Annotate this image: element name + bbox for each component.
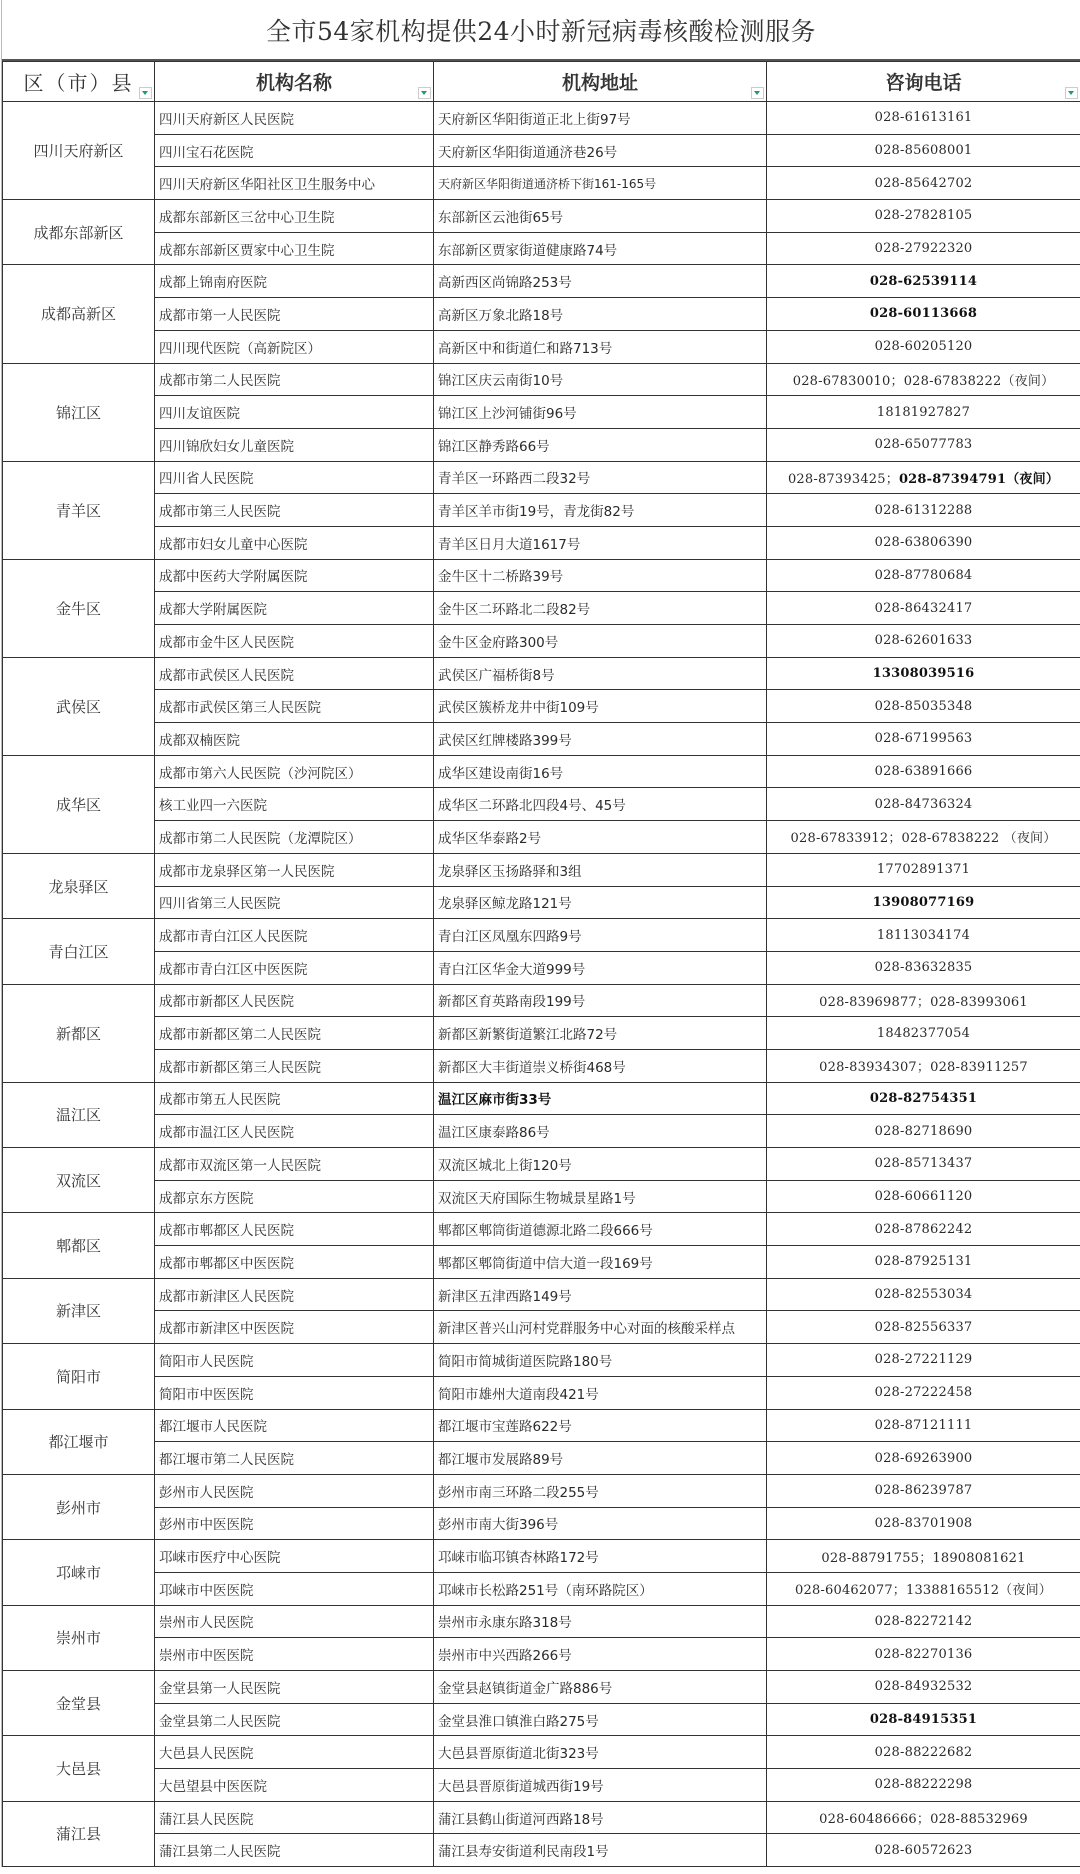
institution-name-cell: 四川友谊医院 [155, 396, 434, 429]
table-row: 成都东部新区贾家中心卫生院东部新区贾家街道健康路74号028-27922320 [3, 232, 1080, 265]
table-row: 双流区成都市双流区第一人民医院双流区城北上街120号028-85713437 [3, 1148, 1080, 1181]
table-row: 成华区成都市第六人民医院（沙河院区）成华区建设南街16号028-63891666 [3, 755, 1080, 788]
header-label: 机构名称 [256, 72, 332, 94]
address-cell: 龙泉驿区鲸龙路121号 [434, 886, 767, 919]
institution-name-cell: 邛崃市中医医院 [155, 1572, 434, 1605]
table-row: 崇州市中医医院崇州市中兴西路266号028-82270136 [3, 1638, 1080, 1671]
table-row: 蒲江县第二人民医院蒲江县寿安街道利民南段1号028-60572623 [3, 1834, 1080, 1867]
header-label: 机构地址 [562, 72, 638, 94]
phone-cell: 028-85608001 [767, 134, 1080, 167]
phone-number: 17702891371 [877, 862, 970, 877]
institution-name-cell: 成都市龙泉驿区第一人民医院 [155, 853, 434, 886]
address-cell: 武侯区红牌楼路399号 [434, 723, 767, 756]
phone-number: 028-87780684 [875, 568, 973, 583]
phone-cell: 17702891371 [767, 853, 1080, 886]
district-cell: 新津区 [3, 1278, 155, 1343]
institution-name-cell: 四川天府新区人民医院 [155, 102, 434, 135]
phone-number: 028-61312288 [875, 503, 973, 518]
institution-name-cell: 蒲江县人民医院 [155, 1801, 434, 1834]
institution-name-cell: 成都市新都区第三人民医院 [155, 1049, 434, 1082]
institution-name-cell: 成都东部新区三岔中心卫生院 [155, 200, 434, 233]
address-cell: 双流区天府国际生物城景星路1号 [434, 1180, 767, 1213]
page-title: 全市54家机构提供24小时新冠病毒核酸检测服务 [2, 0, 1080, 61]
table-row: 四川天府新区四川天府新区人民医院天府新区华阳街道正北上街97号028-61613… [3, 102, 1080, 135]
phone-number: 028-62601633 [875, 633, 973, 648]
table-row: 大邑望县中医医院大邑县晋原街道城西街19号028-88222298 [3, 1769, 1080, 1802]
institution-name-cell: 成都市第一人民医院 [155, 298, 434, 331]
table-row: 简阳市简阳市人民医院简阳市简城街道医院路180号028-27221129 [3, 1344, 1080, 1377]
institution-name-cell: 成都市青白江区中医医院 [155, 951, 434, 984]
institution-name-cell: 都江堰市人民医院 [155, 1409, 434, 1442]
phone-cell: 028-85713437 [767, 1148, 1080, 1181]
phone-number: 028-82553034 [875, 1287, 973, 1302]
table-row: 龙泉驿区成都市龙泉驿区第一人民医院龙泉驿区玉扬路驿和3组17702891371 [3, 853, 1080, 886]
institution-name-cell: 成都市新津区中医医院 [155, 1311, 434, 1344]
phone-number: 028-87121111 [875, 1418, 973, 1433]
phone-cell: 028-83969877；028-83993061 [767, 984, 1080, 1017]
phone-cell: 028-27922320 [767, 232, 1080, 265]
institution-name-cell: 四川天府新区华阳社区卫生服务中心 [155, 167, 434, 200]
phone-number: 028-86239787 [875, 1483, 973, 1498]
institution-name-cell: 成都市郫都区人民医院 [155, 1213, 434, 1246]
phone-number: 028-84932532 [875, 1679, 973, 1694]
institution-name-cell: 金堂县第二人民医院 [155, 1703, 434, 1736]
institution-name-cell: 成都市新都区人民医院 [155, 984, 434, 1017]
phone-number: 028-61613161 [875, 110, 973, 125]
address-cell: 青羊区一环路西二段32号 [434, 461, 767, 494]
address-cell: 龙泉驿区玉扬路驿和3组 [434, 853, 767, 886]
phone-number: 028-82718690 [875, 1124, 973, 1139]
institution-name-cell: 成都东部新区贾家中心卫生院 [155, 232, 434, 265]
institution-name-cell: 四川现代医院（高新院区） [155, 330, 434, 363]
table-row: 核工业四一六医院成华区二环路北四段4号、45号028-84736324 [3, 788, 1080, 821]
phone-number: 13908077169 [873, 895, 975, 910]
institution-name-cell: 成都市武侯区人民医院 [155, 657, 434, 690]
table-row: 成都高新区成都上锦南府医院高新西区尚锦路253号028-62539114 [3, 265, 1080, 298]
table-row: 青羊区四川省人民医院青羊区一环路西二段32号028-87393425；028-8… [3, 461, 1080, 494]
table-row: 彭州市中医医院彭州市南大街396号028-83701908 [3, 1507, 1080, 1540]
table-row: 崇州市崇州市人民医院崇州市永康东路318号028-82272142 [3, 1605, 1080, 1638]
table-row: 四川天府新区华阳社区卫生服务中心天府新区华阳街道通济桥下街161-165号028… [3, 167, 1080, 200]
phone-number: 028-83934307；028-83911257 [819, 1060, 1028, 1075]
phone-cell: 028-86432417 [767, 592, 1080, 625]
phone-number: 028-88222298 [875, 1777, 973, 1792]
institution-name-cell: 四川宝石花医院 [155, 134, 434, 167]
phone-number: 028-85608001 [875, 143, 973, 158]
table-row: 成都市新都区第三人民医院新都区大丰街道崇义桥街468号028-83934307；… [3, 1049, 1080, 1082]
address-cell: 武侯区簇桥龙井中街109号 [434, 690, 767, 723]
phone-cell: 028-63891666 [767, 755, 1080, 788]
phone-number: 028-88791755；18908081621 [821, 1551, 1025, 1566]
table-row: 四川现代医院（高新院区）高新区中和街道仁和路713号028-60205120 [3, 330, 1080, 363]
phone-cell: 028-61312288 [767, 494, 1080, 527]
header-label: 咨询电话 [885, 72, 961, 94]
district-cell: 新都区 [3, 984, 155, 1082]
table-row: 金堂县金堂县第一人民医院金堂县赵镇街道金广路886号028-84932532 [3, 1671, 1080, 1704]
district-cell: 四川天府新区 [3, 102, 155, 200]
table-row: 锦江区成都市第二人民医院锦江区庆云南街10号028-67830010；028-6… [3, 363, 1080, 396]
phone-cell: 028-84932532 [767, 1671, 1080, 1704]
address-cell: 锦江区庆云南街10号 [434, 363, 767, 396]
table-row: 成都市金牛区人民医院金牛区金府路300号028-62601633 [3, 625, 1080, 658]
phone-cell: 028-67199563 [767, 723, 1080, 756]
district-cell: 大邑县 [3, 1736, 155, 1801]
phone-cell: 18113034174 [767, 919, 1080, 952]
institution-name-cell: 成都市双流区第一人民医院 [155, 1148, 434, 1181]
phone-number: 028-65077783 [875, 437, 973, 452]
phone-number: 028-27828105 [875, 208, 973, 223]
phone-cell: 028-84915351 [767, 1703, 1080, 1736]
district-cell: 金堂县 [3, 1671, 155, 1736]
header-row: 区（市）县 机构名称 机构地址 咨询电话 [3, 62, 1080, 102]
address-cell: 简阳市简城街道医院路180号 [434, 1344, 767, 1377]
institution-name-cell: 成都市温江区人民医院 [155, 1115, 434, 1148]
phone-number: 028-84736324 [875, 797, 973, 812]
phone-cell: 028-85035348 [767, 690, 1080, 723]
column-header-phone: 咨询电话 [767, 62, 1080, 102]
table-row: 武侯区成都市武侯区人民医院武侯区广福桥街8号13308039516 [3, 657, 1080, 690]
phone-cell: 028-87925131 [767, 1246, 1080, 1279]
institution-name-cell: 彭州市人民医院 [155, 1474, 434, 1507]
phone-number: 028-27221129 [875, 1352, 973, 1367]
address-cell: 成华区华泰路2号 [434, 821, 767, 854]
district-cell: 锦江区 [3, 363, 155, 461]
phone-cell: 028-83701908 [767, 1507, 1080, 1540]
phone-cell: 18181927827 [767, 396, 1080, 429]
phone-number: 028-63891666 [875, 764, 973, 779]
phone-number: 028-86432417 [875, 601, 973, 616]
institution-name-cell: 成都市妇女儿童中心医院 [155, 526, 434, 559]
institution-name-cell: 崇州市中医医院 [155, 1638, 434, 1671]
table-row: 成都市武侯区第三人民医院武侯区簇桥龙井中街109号028-85035348 [3, 690, 1080, 723]
phone-number: 028-60661120 [875, 1189, 973, 1204]
address-cell: 新都区新繁街道繁江北路72号 [434, 1017, 767, 1050]
filter-dropdown-icon[interactable] [139, 87, 152, 99]
phone-cell: 028-82556337 [767, 1311, 1080, 1344]
phone-cell: 028-88222682 [767, 1736, 1080, 1769]
table-row: 四川锦欣妇女儿童医院锦江区静秀路66号028-65077783 [3, 428, 1080, 461]
phone-number: 028-82556337 [875, 1320, 973, 1335]
table-row: 成都市郫都区中医医院郫都区郫筒街道中信大道一段169号028-87925131 [3, 1246, 1080, 1279]
address-cell: 双流区城北上街120号 [434, 1148, 767, 1181]
institution-name-cell: 简阳市中医医院 [155, 1376, 434, 1409]
institution-name-cell: 大邑望县中医医院 [155, 1769, 434, 1802]
table-row: 蒲江县蒲江县人民医院蒲江县鹤山街道河西路18号028-60486666；028-… [3, 1801, 1080, 1834]
address-cell: 邛崃市长松路251号（南环路院区） [434, 1572, 767, 1605]
phone-cell: 028-60486666；028-88532969 [767, 1801, 1080, 1834]
address-cell: 都江堰市发展路89号 [434, 1442, 767, 1475]
district-cell: 彭州市 [3, 1474, 155, 1539]
table-row: 新津区成都市新津区人民医院新津区五津西路149号028-82553034 [3, 1278, 1080, 1311]
phone-cell: 18482377054 [767, 1017, 1080, 1050]
address-cell: 崇州市永康东路318号 [434, 1605, 767, 1638]
phone-number: 028-82270136 [875, 1647, 973, 1662]
phone-number: 028-27222458 [875, 1385, 973, 1400]
institution-name-cell: 崇州市人民医院 [155, 1605, 434, 1638]
phone-number: 028-83632835 [875, 960, 973, 975]
phone-number: 028-84915351 [870, 1712, 977, 1727]
phone-cell: 028-83632835 [767, 951, 1080, 984]
phone-cell: 13908077169 [767, 886, 1080, 919]
table-row: 邛崃市中医医院邛崃市长松路251号（南环路院区）028-60462077；133… [3, 1572, 1080, 1605]
phone-cell: 028-62539114 [767, 265, 1080, 298]
district-cell: 青白江区 [3, 919, 155, 984]
district-cell: 都江堰市 [3, 1409, 155, 1474]
phone-number: 028-85713437 [875, 1156, 973, 1171]
address-cell: 温江区麻市街33号 [434, 1082, 767, 1115]
table-row: 成都市妇女儿童中心医院青羊区日月大道1617号028-63806390 [3, 526, 1080, 559]
phone-number: 028-67833912；028-67838222 （夜间） [791, 831, 1057, 846]
phone-number: 028-85642702 [875, 176, 973, 191]
phone-cell: 028-86239787 [767, 1474, 1080, 1507]
district-cell: 青羊区 [3, 461, 155, 559]
phone-number: 028-67830010；028-67838222（夜间） [793, 374, 1055, 389]
phone-cell: 028-63806390 [767, 526, 1080, 559]
institution-name-cell: 成都市金牛区人民医院 [155, 625, 434, 658]
phone-cell: 028-65077783 [767, 428, 1080, 461]
address-cell: 青白江区华金大道999号 [434, 951, 767, 984]
phone-number: 18113034174 [877, 928, 970, 943]
table-row: 简阳市中医医院简阳市雄州大道南段421号028-27222458 [3, 1376, 1080, 1409]
district-cell: 邛崃市 [3, 1540, 155, 1605]
phone-cell: 028-82553034 [767, 1278, 1080, 1311]
phone-number: 028-87862242 [875, 1222, 973, 1237]
table-row: 彭州市彭州市人民医院彭州市南三环路二段255号028-86239787 [3, 1474, 1080, 1507]
address-cell: 蒲江县鹤山街道河西路18号 [434, 1801, 767, 1834]
table-row: 成都市第三人民医院青羊区羊市街19号，青龙街82号028-61312288 [3, 494, 1080, 527]
phone-cell: 028-67830010；028-67838222（夜间） [767, 363, 1080, 396]
phone-number: 028-60462077；13388165512（夜间） [795, 1583, 1052, 1598]
phone-cell: 028-60113668 [767, 298, 1080, 331]
table-row: 都江堰市都江堰市人民医院都江堰市宝莲路622号028-87121111 [3, 1409, 1080, 1442]
address-cell: 崇州市中兴西路266号 [434, 1638, 767, 1671]
table-row: 成都市第一人民医院高新区万象北路18号028-60113668 [3, 298, 1080, 331]
institution-name-cell: 成都市青白江区人民医院 [155, 919, 434, 952]
institution-name-cell: 成都市郫都区中医医院 [155, 1246, 434, 1279]
phone-cell: 028-87780684 [767, 559, 1080, 592]
table-row: 成都大学附属医院金牛区二环路北二段82号028-86432417 [3, 592, 1080, 625]
institution-name-cell: 都江堰市第二人民医院 [155, 1442, 434, 1475]
phone-number: 028-85035348 [875, 699, 973, 714]
phone-number: 028-62539114 [870, 274, 977, 289]
district-cell: 双流区 [3, 1148, 155, 1213]
table-row: 大邑县大邑县人民医院大邑县晋原街道北街323号028-88222682 [3, 1736, 1080, 1769]
phone-cell: 028-88222298 [767, 1769, 1080, 1802]
table-row: 成都市第二人民医院（龙潭院区）成华区华泰路2号028-67833912；028-… [3, 821, 1080, 854]
column-header-address: 机构地址 [434, 62, 767, 102]
phone-cell: 028-60572623 [767, 1834, 1080, 1867]
column-header-district: 区（市）县 [3, 62, 155, 102]
address-cell: 金牛区金府路300号 [434, 625, 767, 658]
address-cell: 天府新区华阳街道通济巷26号 [434, 134, 767, 167]
address-cell: 新津区普兴山河村党群服务中心对面的核酸采样点 [434, 1311, 767, 1344]
address-cell: 高新西区尚锦路253号 [434, 265, 767, 298]
filter-dropdown-icon[interactable] [1065, 87, 1078, 99]
phone-number: 13308039516 [873, 666, 975, 681]
address-cell: 高新区万象北路18号 [434, 298, 767, 331]
district-cell: 简阳市 [3, 1344, 155, 1409]
phone-cell: 028-87862242 [767, 1213, 1080, 1246]
district-cell: 金牛区 [3, 559, 155, 657]
address-cell: 青白江区凤凰东四路9号 [434, 919, 767, 952]
phone-number: 028-83701908 [875, 1516, 973, 1531]
institution-name-cell: 成都双楠医院 [155, 723, 434, 756]
phone-number: 028-63806390 [875, 535, 973, 550]
address-cell: 高新区中和街道仁和路713号 [434, 330, 767, 363]
institution-name-cell: 成都大学附属医院 [155, 592, 434, 625]
institution-name-cell: 成都市第六人民医院（沙河院区） [155, 755, 434, 788]
address-cell: 武侯区广福桥街8号 [434, 657, 767, 690]
address-cell: 天府新区华阳街道正北上街97号 [434, 102, 767, 135]
address-cell: 大邑县晋原街道城西街19号 [434, 1769, 767, 1802]
institutions-table: 区（市）县 机构名称 机构地址 咨询电话 四川天府新区四川天府新区人民医院天府新… [2, 61, 1080, 1867]
phone-cell: 028-27828105 [767, 200, 1080, 233]
column-header-name: 机构名称 [155, 62, 434, 102]
district-cell: 成华区 [3, 755, 155, 853]
phone-cell: 13308039516 [767, 657, 1080, 690]
phone-cell: 028-82718690 [767, 1115, 1080, 1148]
institution-name-cell: 蒲江县第二人民医院 [155, 1834, 434, 1867]
spreadsheet: 全市54家机构提供24小时新冠病毒核酸检测服务 区（市）县 机构名称 机构地址 … [1, 0, 1080, 1867]
phone-number: 028-69263900 [875, 1451, 973, 1466]
institution-name-cell: 四川省人民医院 [155, 461, 434, 494]
institution-name-cell: 成都市第二人民医院（龙潭院区） [155, 821, 434, 854]
address-cell: 大邑县晋原街道北街323号 [434, 1736, 767, 1769]
phone-cell: 028-27222458 [767, 1376, 1080, 1409]
phone-number: 028-88222682 [875, 1745, 973, 1760]
institution-name-cell: 四川锦欣妇女儿童医院 [155, 428, 434, 461]
phone-number: 028-60205120 [875, 339, 973, 354]
address-cell: 蒲江县寿安街道利民南段1号 [434, 1834, 767, 1867]
address-cell: 新都区育英路南段199号 [434, 984, 767, 1017]
address-cell: 金牛区二环路北二段82号 [434, 592, 767, 625]
institution-name-cell: 金堂县第一人民医院 [155, 1671, 434, 1704]
phone-cell: 028-60205120 [767, 330, 1080, 363]
institution-name-cell: 成都京东方医院 [155, 1180, 434, 1213]
phone-cell: 028-83934307；028-83911257 [767, 1049, 1080, 1082]
table-row: 青白江区成都市青白江区人民医院青白江区凤凰东四路9号18113034174 [3, 919, 1080, 952]
phone-cell: 028-69263900 [767, 1442, 1080, 1475]
phone-number: 028-27922320 [875, 241, 973, 256]
header-label: 区（市）县 [24, 71, 134, 95]
table-row: 金堂县第二人民医院金堂县淮口镇淮白路275号028-84915351 [3, 1703, 1080, 1736]
institution-name-cell: 成都市新都区第二人民医院 [155, 1017, 434, 1050]
phone-cell: 028-82754351 [767, 1082, 1080, 1115]
address-cell: 成华区建设南街16号 [434, 755, 767, 788]
phone-number: 028-82272142 [875, 1614, 973, 1629]
institution-name-cell: 成都中医药大学附属医院 [155, 559, 434, 592]
filter-dropdown-icon[interactable] [418, 87, 431, 99]
table-row: 成都市新都区第二人民医院新都区新繁街道繁江北路72号18482377054 [3, 1017, 1080, 1050]
institution-name-cell: 成都市第三人民医院 [155, 494, 434, 527]
table-row: 成都市温江区人民医院温江区康泰路86号028-82718690 [3, 1115, 1080, 1148]
institution-name-cell: 四川省第三人民医院 [155, 886, 434, 919]
phone-number: 18181927827 [877, 405, 970, 420]
table-body: 四川天府新区四川天府新区人民医院天府新区华阳街道正北上街97号028-61613… [3, 102, 1080, 1867]
table-row: 成都市青白江区中医医院青白江区华金大道999号028-83632835 [3, 951, 1080, 984]
table-row: 金牛区成都中医药大学附属医院金牛区十二桥路39号028-87780684 [3, 559, 1080, 592]
district-cell: 武侯区 [3, 657, 155, 755]
address-cell: 锦江区静秀路66号 [434, 428, 767, 461]
district-cell: 郫都区 [3, 1213, 155, 1278]
institution-name-cell: 成都市新津区人民医院 [155, 1278, 434, 1311]
address-cell: 成华区二环路北四段4号、45号 [434, 788, 767, 821]
phone-number: 18482377054 [877, 1026, 970, 1041]
institution-name-cell: 核工业四一六医院 [155, 788, 434, 821]
phone-number: 028-60113668 [870, 306, 977, 321]
phone-cell: 028-60661120 [767, 1180, 1080, 1213]
institution-name-cell: 成都上锦南府医院 [155, 265, 434, 298]
address-cell: 青羊区羊市街19号，青龙街82号 [434, 494, 767, 527]
phone-cell: 028-82270136 [767, 1638, 1080, 1671]
address-cell: 青羊区日月大道1617号 [434, 526, 767, 559]
district-cell: 温江区 [3, 1082, 155, 1147]
table-row: 成都东部新区成都东部新区三岔中心卫生院东部新区云池街65号028-2782810… [3, 200, 1080, 233]
phone-cell: 028-82272142 [767, 1605, 1080, 1638]
phone-number: 028-60572623 [875, 1843, 973, 1858]
address-cell: 金牛区十二桥路39号 [434, 559, 767, 592]
address-cell: 金堂县赵镇街道金广路886号 [434, 1671, 767, 1704]
address-cell: 都江堰市宝莲路622号 [434, 1409, 767, 1442]
table-row: 邛崃市邛崃市医疗中心医院邛崃市临邛镇杏林路172号028-88791755；18… [3, 1540, 1080, 1573]
phone-cell: 028-87121111 [767, 1409, 1080, 1442]
phone-number: 028-83969877；028-83993061 [819, 995, 1028, 1010]
address-cell: 天府新区华阳街道通济桥下街161-165号 [434, 167, 767, 200]
district-cell: 成都高新区 [3, 265, 155, 363]
address-cell: 郫都区郫筒街道德源北路二段666号 [434, 1213, 767, 1246]
phone-cell: 028-61613161 [767, 102, 1080, 135]
table-row: 郫都区成都市郫都区人民医院郫都区郫筒街道德源北路二段666号028-878622… [3, 1213, 1080, 1246]
address-cell: 锦江区上沙河铺街96号 [434, 396, 767, 429]
address-cell: 温江区康泰路86号 [434, 1115, 767, 1148]
district-cell: 龙泉驿区 [3, 853, 155, 918]
table-row: 成都市新津区中医医院新津区普兴山河村党群服务中心对面的核酸采样点028-8255… [3, 1311, 1080, 1344]
phone-cell: 028-27221129 [767, 1344, 1080, 1377]
phone-cell: 028-88791755；18908081621 [767, 1540, 1080, 1573]
phone-number: 028-67199563 [875, 731, 973, 746]
phone-number: 028-87925131 [875, 1254, 973, 1269]
table-row: 四川宝石花医院天府新区华阳街道通济巷26号028-85608001 [3, 134, 1080, 167]
table-row: 四川友谊医院锦江区上沙河铺街96号18181927827 [3, 396, 1080, 429]
address-cell: 新都区大丰街道崇义桥街468号 [434, 1049, 767, 1082]
district-cell: 成都东部新区 [3, 200, 155, 265]
table-row: 成都京东方医院双流区天府国际生物城景星路1号028-60661120 [3, 1180, 1080, 1213]
institution-name-cell: 彭州市中医医院 [155, 1507, 434, 1540]
address-cell: 郫都区郫筒街道中信大道一段169号 [434, 1246, 767, 1279]
address-cell: 东部新区贾家街道健康路74号 [434, 232, 767, 265]
address-cell: 彭州市南大街396号 [434, 1507, 767, 1540]
address-cell: 新津区五津西路149号 [434, 1278, 767, 1311]
address-cell: 金堂县淮口镇淮白路275号 [434, 1703, 767, 1736]
phone-cell: 028-67833912；028-67838222 （夜间） [767, 821, 1080, 854]
phone-cell: 028-60462077；13388165512（夜间） [767, 1572, 1080, 1605]
table-row: 成都双楠医院武侯区红牌楼路399号028-67199563 [3, 723, 1080, 756]
address-cell: 简阳市雄州大道南段421号 [434, 1376, 767, 1409]
institution-name-cell: 成都市第五人民医院 [155, 1082, 434, 1115]
institution-name-cell: 成都市武侯区第三人民医院 [155, 690, 434, 723]
phone-cell: 028-62601633 [767, 625, 1080, 658]
phone-number: 028-60486666；028-88532969 [819, 1812, 1028, 1827]
district-cell: 蒲江县 [3, 1801, 155, 1866]
institution-name-cell: 大邑县人民医院 [155, 1736, 434, 1769]
filter-dropdown-icon[interactable] [751, 87, 764, 99]
night-phone-number: 028-87394791（夜间） [899, 472, 1059, 487]
phone-cell: 028-85642702 [767, 167, 1080, 200]
address-cell: 邛崃市临邛镇杏林路172号 [434, 1540, 767, 1573]
phone-number: 028-87393425； [788, 472, 899, 487]
address-cell: 彭州市南三环路二段255号 [434, 1474, 767, 1507]
table-row: 都江堰市第二人民医院都江堰市发展路89号028-69263900 [3, 1442, 1080, 1475]
